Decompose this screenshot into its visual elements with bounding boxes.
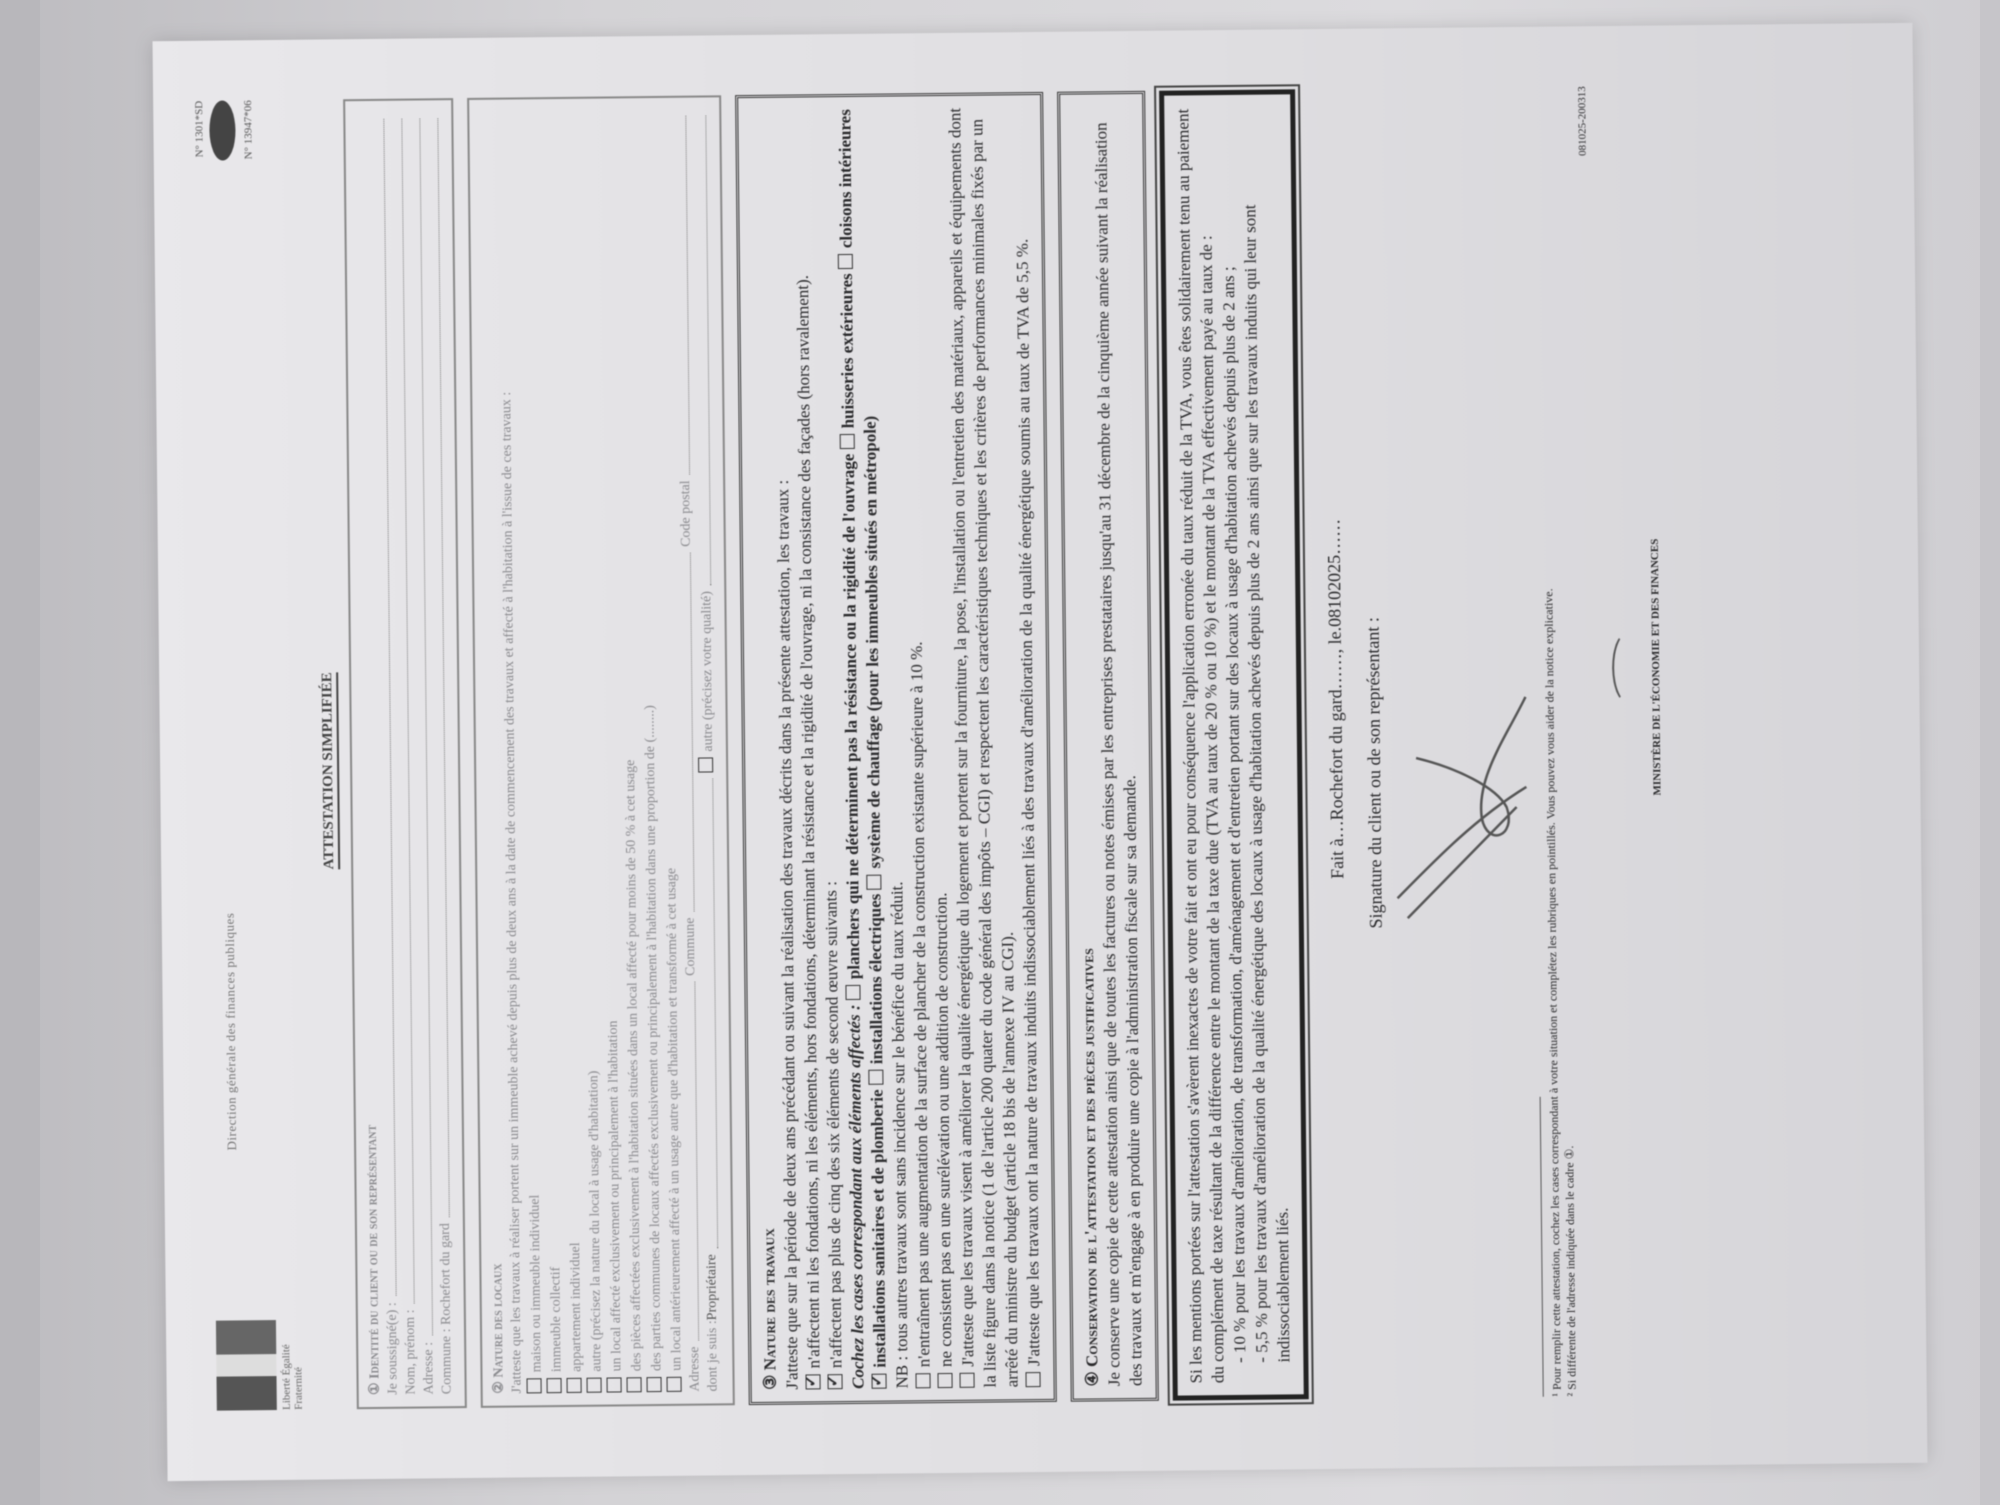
place-value[interactable]: Rochefort du gard [1325,689,1346,820]
checkbox-item: cloisons intérieures [835,109,856,269]
footnote-1: ¹ Pour remplir cette attestation, cochez… [1547,1097,1565,1397]
checkbox-item: planchers qui ne déterminent pas la rési… [839,449,864,1000]
checkbox[interactable] [828,1374,843,1389]
background-surface [0,0,40,1505]
background-surface-right [1980,0,2000,1505]
checkbox-label: un local affecté exclusivement ou princi… [606,1020,625,1371]
owner-value[interactable]: Propriétaire [703,1254,724,1320]
checkbox-label: appartement individuel [568,1242,584,1372]
checkbox[interactable] [868,1070,883,1085]
signature-area: Fait à…Rochefort du gard……, le.08102025…… [1309,87,1543,1399]
checkbox[interactable] [838,254,853,269]
ministry-logo-icon [1612,630,1647,704]
checkbox[interactable] [937,1373,952,1388]
checkbox-label: autre (précisez la nature du local à usa… [586,1071,604,1372]
checkbox-item: système de chauffage (pour les immeubles… [860,416,884,890]
checkbox-label: cloisons intérieures [835,109,855,248]
checkbox[interactable] [866,874,881,889]
document-reference: 081025-200313 [1576,86,1589,156]
other-quality-label: autre (précisez votre qualité) [699,591,716,752]
checkbox-label: planchers qui ne déterminent pas la rési… [839,449,864,979]
checkbox-item: huisseries extérieures [837,269,858,449]
checkbox[interactable] [647,1377,662,1392]
section-works: ③ Nature des travaux J'atteste que sur l… [735,92,1057,1405]
checkbox[interactable] [547,1378,562,1393]
footnote-2: ² Si différente de l'adresse indiquée da… [1562,1096,1580,1396]
cerfa-logo-icon [209,100,236,160]
document-header: Liberté Égalité Fraternité Direction gén… [193,99,357,1410]
checkbox-label: J'atteste que les travaux visent à améli… [945,108,1021,1388]
checkbox[interactable] [527,1378,542,1393]
form-number: N° 1301*SD [193,101,206,161]
elements-intro: Cochez les cases correspondant aux éléme… [845,1004,868,1389]
checkbox[interactable] [667,1377,682,1392]
checkbox-label: huisseries extérieures [837,269,858,428]
checkbox-label: immeuble collectif [548,1267,564,1373]
date-value[interactable]: 08102025 [1324,555,1345,627]
checkbox[interactable] [607,1377,622,1392]
document-footer: MINISTÈRE DE L'ÉCONOMIE ET DES FINANCES … [1576,85,1680,1396]
commune-label: Commune [682,917,701,976]
checkbox[interactable] [806,1374,821,1389]
checkbox-label: installations électriques [865,889,886,1064]
document-page: Liberté Égalité Fraternité Direction gén… [153,23,1928,1481]
postal-code-label: Code postal [677,480,696,547]
checkbox-label: système de chauffage (pour les immeubles… [860,416,884,869]
footnotes: ¹ Pour remplir cette attestation, cochez… [1540,1096,1580,1396]
warning-box: Si les mentions portées sur l'attestatio… [1159,89,1309,1400]
signature-caption: Signature du client ou de son représenta… [1363,617,1387,929]
issuer-line: Direction générale des finances publique… [222,913,240,1151]
checkbox[interactable] [959,1373,974,1388]
place-label: Fait à [1327,838,1347,879]
ministry-mark: MINISTÈRE DE L'ÉCONOMIE ET DES FINANCES [1611,539,1664,796]
marianne-flag-icon [216,1320,277,1411]
section-identity: ① Identité du client ou de son représent… [343,98,467,1409]
checkbox[interactable] [845,985,860,1000]
other-quality-checkbox[interactable] [698,758,713,773]
cerfa-id: N° 13947*06 [242,100,255,160]
place-date-line: Fait à…Rochefort du gard……, le.08102025…… [1324,519,1349,879]
section-conservation: ④ Conservation de l'attestation et des p… [1057,91,1159,1402]
checkbox[interactable] [840,434,855,449]
checkbox[interactable] [1025,1372,1040,1387]
checkbox[interactable] [915,1373,930,1388]
cerfa-block: N° 1301*SD N° 13947*06 [193,100,255,161]
handwritten-signature-icon [1385,657,1538,959]
republic-logo: Liberté Égalité Fraternité [216,1320,327,1411]
checkbox-label: maison ou immeuble individuel [528,1195,545,1373]
checkbox-item: installations électriques [865,889,886,1085]
checkbox-label: n'affectent pas plus de cinq des six élé… [821,881,845,1368]
checkbox[interactable] [627,1377,642,1392]
checkbox-item: installations sanitaires et de plomberie [867,1085,889,1389]
checkbox[interactable] [567,1378,582,1393]
ministry-name: MINISTÈRE DE L'ÉCONOMIE ET DES FINANCES [1649,539,1664,796]
address-label: Adresse [686,1346,704,1391]
section-premises: ② Nature des locaux J'atteste que les tr… [467,95,735,1408]
date-label: le [1325,631,1345,644]
checkbox[interactable] [872,1374,887,1389]
checkbox[interactable] [587,1378,602,1393]
owner-label: dont je suis : [704,1320,725,1391]
document-title: ATTESTATION SIMPLIFIÉE [319,672,340,869]
logo-caption: Liberté Égalité Fraternité [280,1320,305,1410]
checkbox-label: installations sanitaires et de plomberie [867,1085,889,1368]
checkbox-label: ne consistent pas en une surélévation ou… [931,892,955,1367]
